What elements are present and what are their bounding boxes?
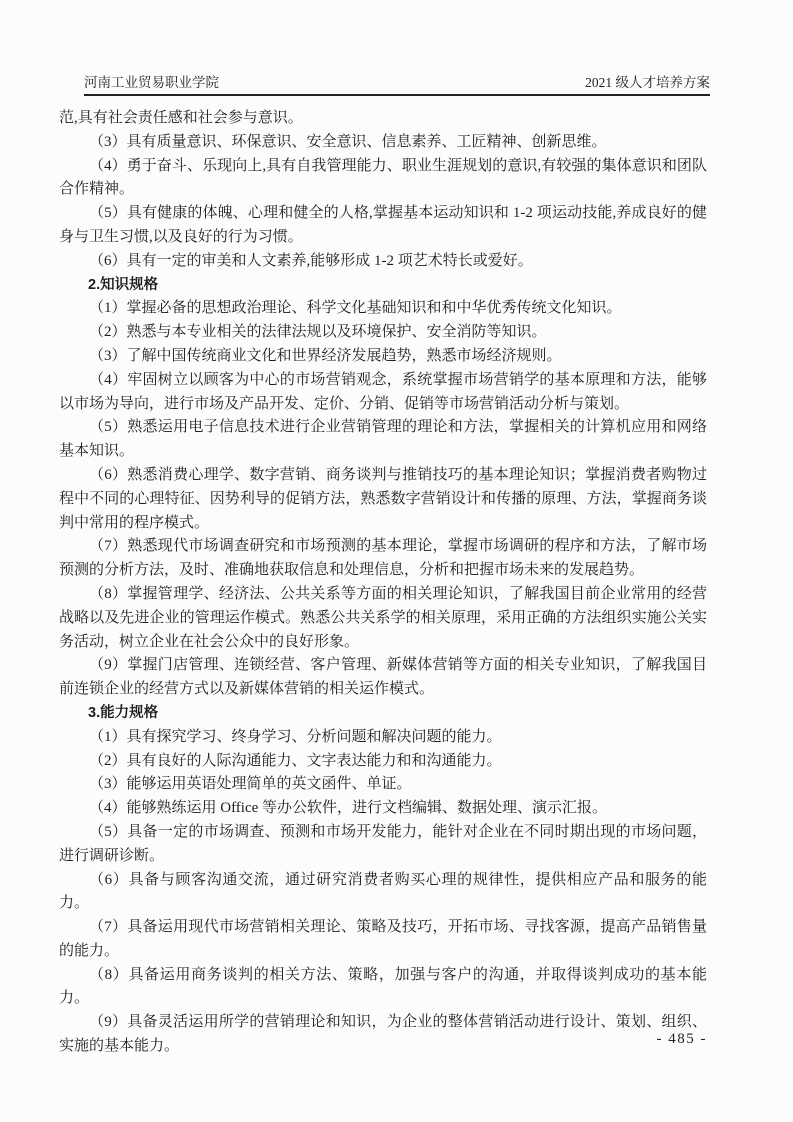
paragraph: （8）掌握管理学、经济法、公共关系等方面的相关理论知识，了解我国目前企业常用的经… — [59, 583, 707, 654]
paragraph: （2）具有良好的人际沟通能力、文字表达能力和和沟通能力。 — [59, 750, 707, 774]
paragraph: （6）具备与顾客沟通交流，通过研究消费者购买心理的规律性，提供相应产品和服务的能… — [59, 869, 707, 917]
paragraph: （5）熟悉运用电子信息技术进行企业营销管理的理论和方法，掌握相关的计算机应用和网… — [59, 416, 707, 464]
paragraph-continuation: 范,具有社会责任感和社会参与意识。 — [59, 107, 707, 131]
page-number: - 485 - — [657, 1031, 708, 1047]
paragraph: （4）勇于奋斗、乐现向上,具有自我管理能力、职业生涯规划的意识,有较强的集体意识… — [59, 155, 707, 203]
paragraph: （1）掌握必备的思想政治理论、科学文化基础知识和和中华优秀传统文化知识。 — [59, 297, 707, 321]
institution-name: 河南工业贸易职业学院 — [84, 71, 219, 91]
paragraph: （6）熟悉消费心理学、数字营销、商务谈判与推销技巧的基本理论知识；掌握消费者购物… — [59, 464, 707, 535]
paragraph: （4）牢固树立以顾客为中心的市场营销观念，系统掌握市场营销学的基本原理和方法，能… — [59, 369, 707, 417]
paragraph: （7）具备运用现代市场营销相关理论、策略及技巧，开拓市场、寻找客源，提高产品销售… — [59, 916, 707, 964]
paragraph: （9）掌握门店管理、连锁经营、客户管理、新媒体营销等方面的相关专业知识，了解我国… — [59, 654, 707, 702]
paragraph: （4）能够熟练运用 Office 等办公软件，进行文档编辑、数据处理、演示汇报。 — [59, 797, 707, 821]
paragraph: （8）具备运用商务谈判的相关方法、策略，加强与客户的沟通，并取得谈判成功的基本能… — [59, 964, 707, 1012]
paragraph: （3）具有质量意识、环保意识、安全意识、信息素养、工匠精神、创新思维。 — [59, 131, 707, 155]
document-page: 河南工业贸易职业学院 2021 级人才培养方案 范,具有社会责任感和社会参与意识… — [0, 0, 793, 1122]
program-title: 2021 级人才培养方案 — [585, 71, 710, 91]
paragraph: （3）能够运用英语处理简单的英文函件、单证。 — [59, 773, 707, 797]
paragraph: （2）熟悉与本专业相关的法律法规以及环境保护、安全消防等知识。 — [59, 321, 707, 345]
paragraph: （3）了解中国传统商业文化和世界经济发展趋势，熟悉市场经济规则。 — [59, 345, 707, 369]
page-footer: - 485 - — [59, 1031, 707, 1048]
header-divider — [84, 94, 710, 96]
paragraph: （7）熟悉现代市场调查研究和市场预测的基本理论，掌握市场调研的程序和方法，了解市… — [59, 535, 707, 583]
paragraph: （1）具有探究学习、终身学习、分析问题和解决问题的能力。 — [59, 726, 707, 750]
section-heading-ability: 3.能力规格 — [59, 702, 707, 726]
document-body: 范,具有社会责任感和社会参与意识。 （3）具有质量意识、环保意识、安全意识、信息… — [59, 107, 707, 1059]
page-header: 河南工业贸易职业学院 2021 级人才培养方案 — [84, 71, 710, 91]
section-heading-knowledge: 2.知识规格 — [59, 274, 707, 298]
paragraph: （5）具备一定的市场调查、预测和市场开发能力，能针对企业在不同时期出现的市场问题… — [59, 821, 707, 869]
paragraph: （5）具有健康的体魄、心理和健全的人格,掌握基本运动知识和 1-2 项运动技能,… — [59, 202, 707, 250]
paragraph: （6）具有一定的审美和人文素养,能够形成 1-2 项艺术特长或爱好。 — [59, 250, 707, 274]
